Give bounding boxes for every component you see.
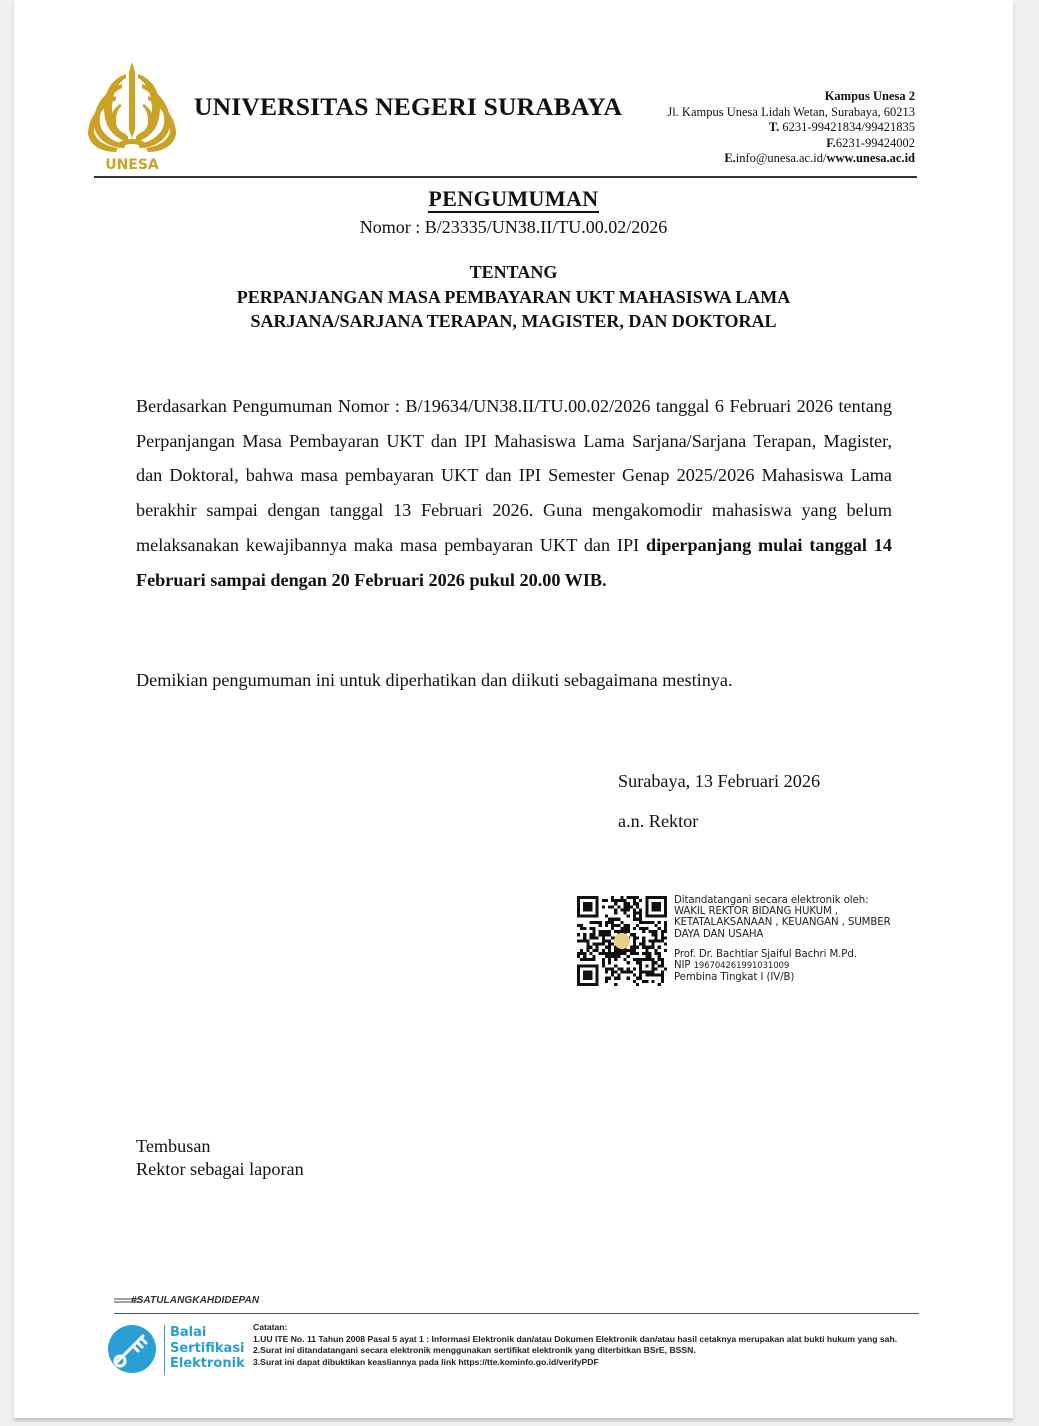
email-link[interactable]: info@unesa.ac.id/ <box>736 151 827 165</box>
website-link[interactable]: www.unesa.ac.id <box>826 151 915 165</box>
footer-divider <box>114 1313 919 1314</box>
signer-position: WAKIL REKTOR BIDANG HUKUM , <box>674 906 891 917</box>
note-3[interactable]: 3.Surat ini dapat dibuktikan keasliannya… <box>253 1357 897 1369</box>
electronic-signature-info: Ditandatangani secara elektronik oleh: W… <box>674 895 891 983</box>
subject-line-2: SARJANA/SARJANA TERAPAN, MAGISTER, DAN D… <box>14 311 1013 332</box>
hashtag: #SATULANGKAHDIDEPAN <box>131 1295 259 1306</box>
announcement-number: Nomor : B/23335/UN38.II/TU.00.02/2026 <box>14 217 1013 238</box>
document-page: UNESA UNIVERSITAS NEGERI SURABAYA Kampus… <box>14 0 1013 1418</box>
note-1: 1.UU ITE No. 11 Tahun 2008 Pasal 5 ayat … <box>253 1334 897 1346</box>
email-website: E.info@unesa.ac.id/www.unesa.ac.id <box>667 151 915 167</box>
university-name: UNIVERSITAS NEGERI SURABAYA <box>194 92 622 122</box>
closing-statement: Demikian pengumuman ini untuk diperhatik… <box>136 670 733 691</box>
announcement-title: PENGUMUMAN <box>14 186 1013 212</box>
about-label: TENTANG <box>14 262 1013 283</box>
subject-line-1: PERPANJANGAN MASA PEMBAYARAN UKT MAHASIS… <box>14 287 1013 308</box>
phone: T. 6231-99421834/99421835 <box>667 120 915 136</box>
contact-block: Kampus Unesa 2 Jl. Kampus Unesa Lidah We… <box>667 89 915 167</box>
campus-name: Kampus Unesa 2 <box>667 89 915 105</box>
bsre-key-icon <box>107 1324 157 1374</box>
svg-text:UNESA: UNESA <box>105 157 159 172</box>
qr-code-icon[interactable] <box>577 896 667 986</box>
notes-title: Catatan: <box>253 1322 897 1334</box>
fax: F.6231-99424002 <box>667 136 915 152</box>
address: Jl. Kampus Unesa Lidah Wetan, Surabaya, … <box>667 105 915 121</box>
unesa-logo-icon: UNESA <box>86 60 178 172</box>
header-divider <box>94 176 917 178</box>
footer-notes: Catatan: 1.UU ITE No. 11 Tahun 2008 Pasa… <box>253 1322 897 1368</box>
body-paragraph: Berdasarkan Pengumuman Nomor : B/19634/U… <box>136 389 892 597</box>
bsre-wordmark: Balai Sertifikasi Elektronik <box>170 1325 245 1372</box>
place-date: Surabaya, 13 Februari 2026 <box>618 771 820 792</box>
carbon-copy-recipient: Rektor sebagai laporan <box>136 1159 304 1180</box>
signer-rank: Pembina Tingkat I (IV/B) <box>674 972 891 983</box>
on-behalf-of: a.n. Rektor <box>618 811 698 832</box>
signer-nip: NIP 196704261991031009 <box>674 960 891 972</box>
note-2: 2.Surat ini ditandatangani secara elektr… <box>253 1345 897 1357</box>
signer-name: Prof. Dr. Bachtiar Sjaiful Bachri M.Pd. <box>674 949 891 960</box>
carbon-copy-title: Tembusan <box>136 1136 211 1157</box>
bsre-divider <box>164 1325 165 1375</box>
